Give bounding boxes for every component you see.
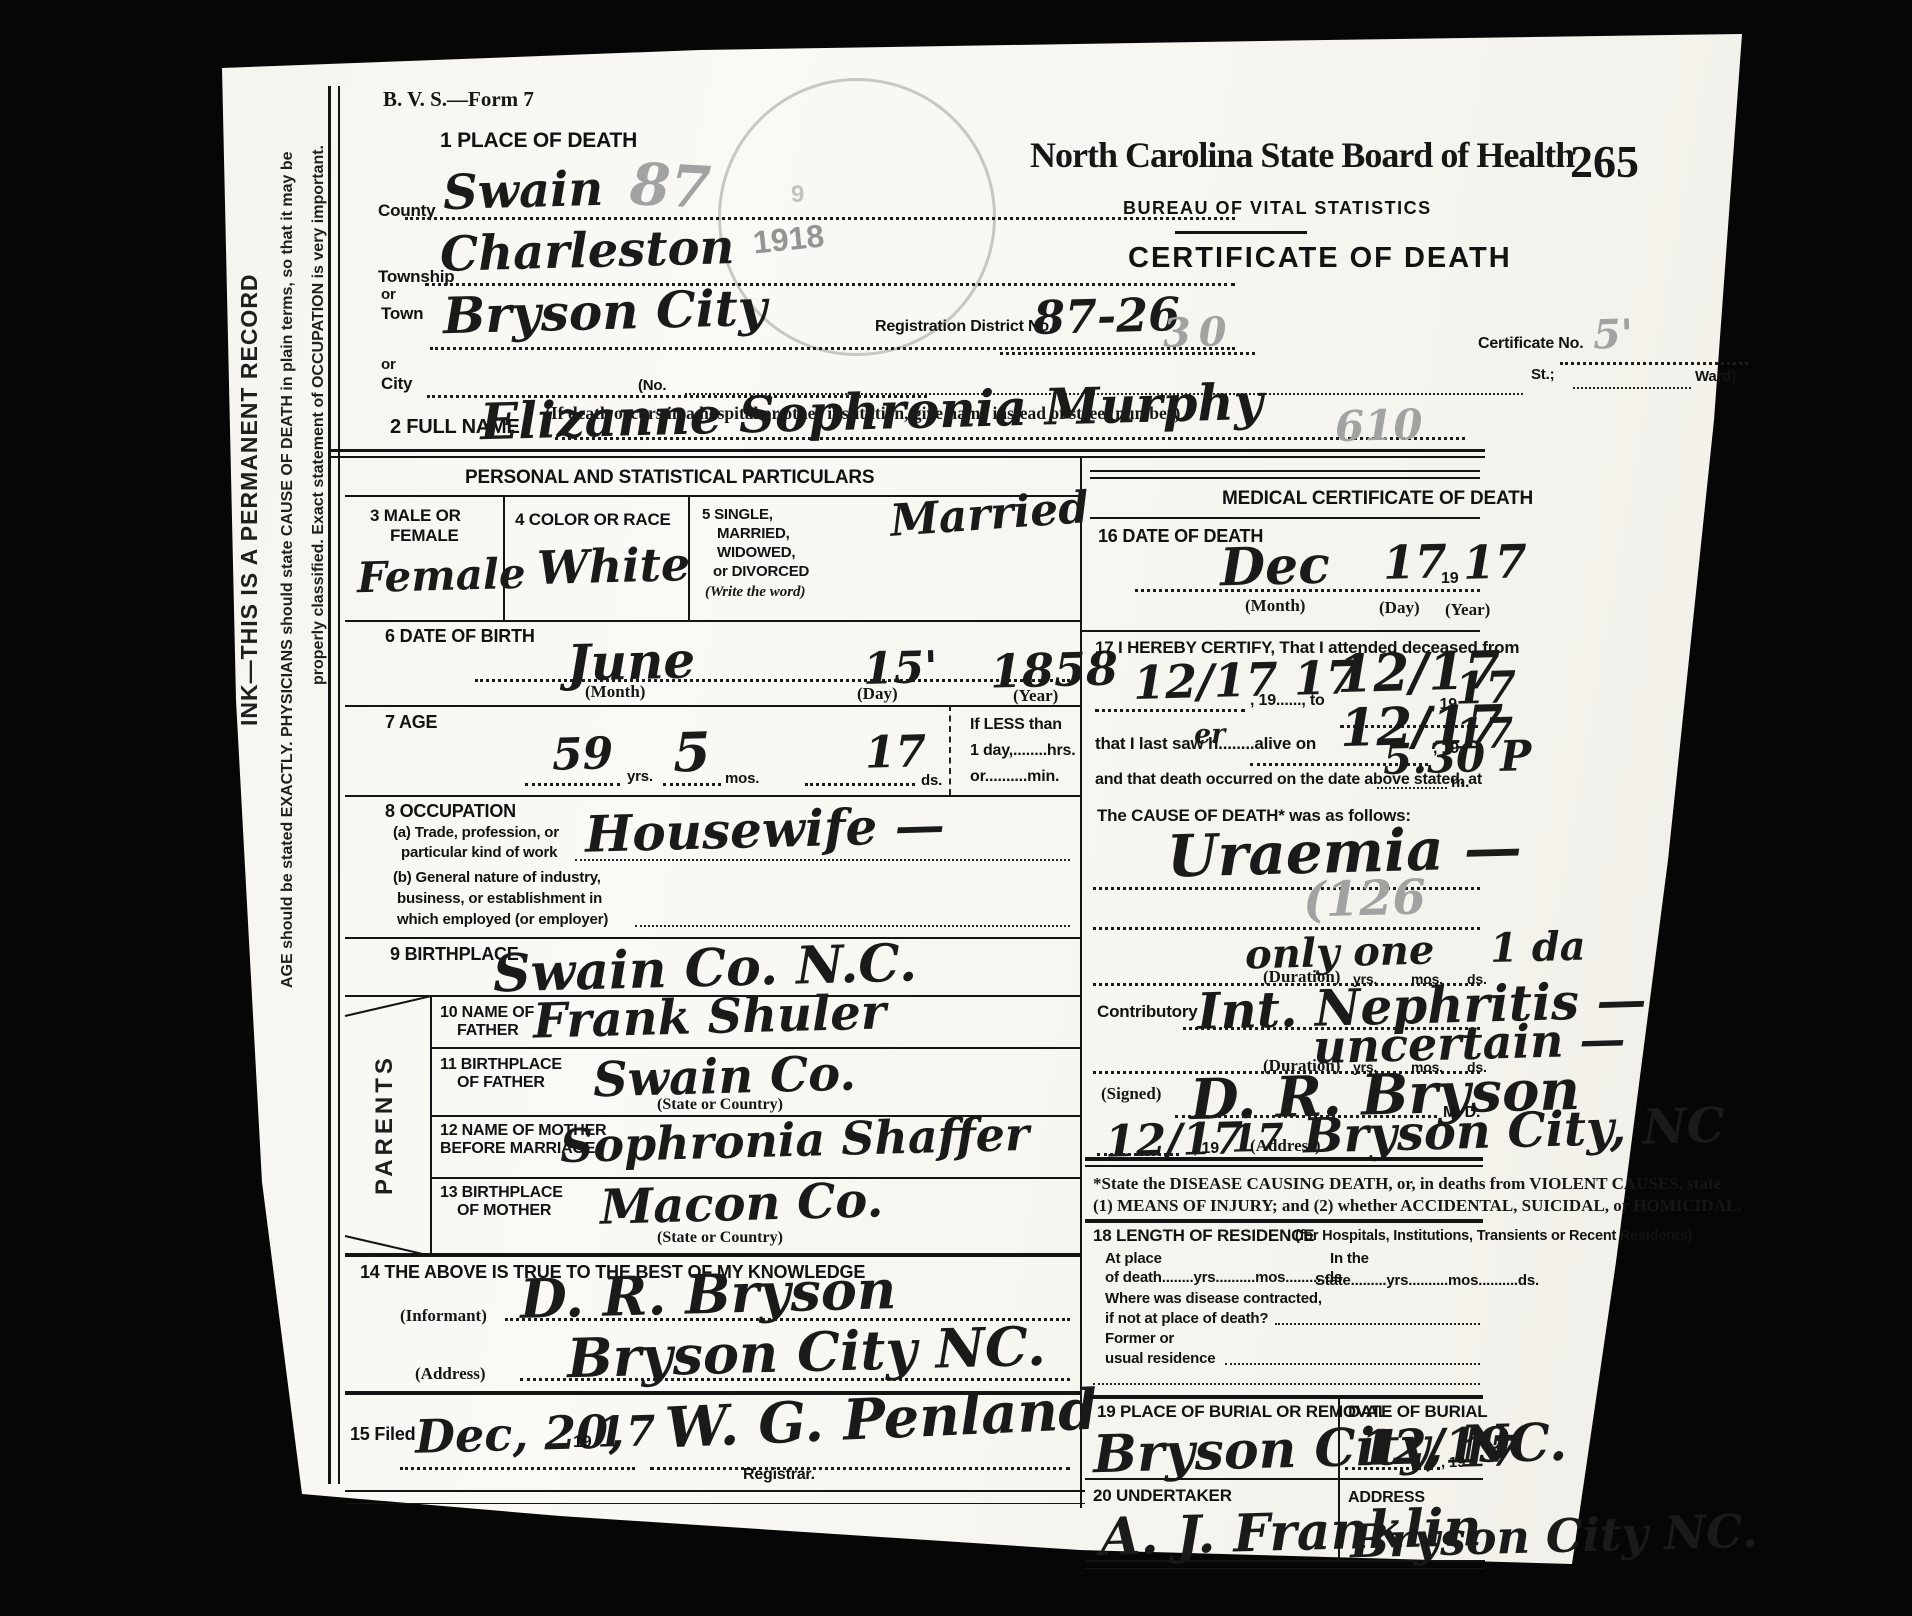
- dotted-line: [1345, 1467, 1440, 1470]
- death-month-value: Dec: [1219, 540, 1330, 595]
- full-name-pencil: 610: [1334, 404, 1423, 448]
- or-city-or: or: [381, 357, 396, 372]
- occupation-a1: (a) Trade, profession, or: [393, 825, 559, 840]
- county-value: Swain: [442, 165, 603, 217]
- dotted-line: [1377, 787, 1447, 789]
- if-less-label-2: 1 day,........hrs.: [970, 743, 1075, 759]
- rule: [1090, 470, 1480, 472]
- column-divider: [1080, 456, 1082, 1508]
- contributory-label: Contributory: [1097, 1003, 1198, 1020]
- rule: [345, 795, 1080, 797]
- father-birthplace-label-1: 11 BIRTHPLACE: [440, 1057, 562, 1073]
- father-name-label-1: 10 NAME OF: [440, 1005, 534, 1021]
- personal-section-title: PERSONAL AND STATISTICAL PARTICULARS: [465, 468, 874, 487]
- occupation-b1: (b) General nature of industry,: [393, 870, 601, 885]
- margin-note-permanent-record: INK—THIS IS A PERMANENT RECORD: [238, 140, 261, 860]
- dotted-line: [1560, 362, 1748, 365]
- rule: [330, 449, 1485, 452]
- if-less-label-3: or..........min.: [970, 769, 1059, 785]
- if-less-label-1: If LESS than: [970, 717, 1062, 733]
- undertaker-label: 20 UNDERTAKER: [1093, 1487, 1232, 1504]
- registration-district-pencil: 30: [1162, 312, 1235, 354]
- dotted-line: [650, 1467, 1070, 1470]
- dotted-line: [525, 783, 620, 786]
- father-name-label-2: FATHER: [457, 1023, 519, 1039]
- diagonal-line: [345, 995, 431, 1017]
- death-time-m-label: m.: [1451, 775, 1469, 791]
- last-saw-inserted: er: [1194, 721, 1226, 749]
- footnote-line-1: *State the DISEASE CAUSING DEATH, or, in…: [1093, 1175, 1721, 1192]
- rule: [345, 705, 1080, 707]
- burial-year-value: 17: [1459, 1430, 1519, 1474]
- informant-value: D. R. Bryson: [519, 1262, 896, 1326]
- rule: [1085, 1568, 1485, 1569]
- death-certificate-scan: INK—THIS IS A PERMANENT RECORD AGE shoul…: [0, 0, 1912, 1616]
- occupation-b2: business, or establishment in: [397, 891, 602, 906]
- undertaker-address-value: Bryson City NC.: [1349, 1508, 1758, 1565]
- marital-hint: (Write the word): [705, 585, 806, 600]
- medical-section-title: MEDICAL CERTIFICATE OF DEATH: [1222, 489, 1533, 508]
- certificate-no-label: Certificate No.: [1478, 336, 1583, 352]
- rule: [1085, 1157, 1483, 1161]
- rule: [1090, 477, 1480, 479]
- or-town-or: or: [381, 287, 396, 302]
- death-year-hint: (Year): [1445, 601, 1490, 618]
- marital-label-2: MARRIED,: [717, 526, 790, 541]
- form-number: B. V. S.—Form 7: [383, 89, 534, 110]
- father-birthplace-hint: (State or Country): [657, 1097, 783, 1113]
- rule: [330, 456, 1485, 458]
- rule: [1085, 1219, 1483, 1223]
- marital-label-1: 5 SINGLE,: [702, 507, 773, 522]
- birth-month-hint: (Month): [585, 683, 645, 700]
- rule: [1085, 1478, 1483, 1480]
- dotted-line: [1097, 1153, 1179, 1156]
- rule: [1085, 1165, 1483, 1167]
- cell-divider: [1338, 1478, 1340, 1560]
- death-year-printed: 19: [1441, 571, 1458, 587]
- certificate-serial-number: 265: [1570, 139, 1639, 185]
- rule: [1090, 517, 1480, 519]
- age-years-unit: yrs.: [627, 769, 653, 784]
- certificate-no-value: 5': [1592, 314, 1633, 355]
- margin-note-physicians: AGE should be stated EXACTLY. PHYSICIANS…: [280, 95, 296, 1045]
- dotted-line: [635, 925, 1070, 927]
- occupation-a2: particular kind of work: [401, 845, 557, 860]
- filed-year-value: 17: [596, 1410, 656, 1454]
- rule: [1080, 630, 1480, 632]
- parents-side-label: PARENTS: [373, 1050, 397, 1200]
- filed-date-value: Dec, 20,: [414, 1408, 624, 1459]
- informant-hint: (Informant): [400, 1307, 487, 1324]
- dotted-line: [805, 783, 915, 786]
- rule: [345, 1490, 1085, 1492]
- residence-label-2: (for Hospitals, Institutions, Transients…: [1295, 1229, 1692, 1244]
- father-name-value: Frank Shuler: [532, 988, 886, 1045]
- marital-label-3: WIDOWED,: [717, 545, 795, 560]
- birth-month-value: June: [566, 635, 695, 688]
- margin-note-occupation: properly classified. Exact statement of …: [311, 95, 327, 735]
- occupation-b3: which employed (or employer): [397, 912, 608, 927]
- death-year-value: 17: [1462, 538, 1527, 586]
- certify-mid-label: , 19......, to: [1250, 693, 1325, 709]
- age-days-value: 17: [864, 730, 926, 776]
- date-of-birth-label: 6 DATE OF BIRTH: [385, 627, 535, 645]
- race-value: White: [536, 541, 690, 591]
- dotted-line: [1225, 1363, 1480, 1365]
- town-label: Town: [381, 305, 423, 322]
- parents-divider: [430, 995, 432, 1253]
- dotted-line: [1095, 709, 1245, 712]
- age-label: 7 AGE: [385, 713, 437, 731]
- marital-value: Married: [889, 486, 1091, 544]
- place-of-death-title: 1 PLACE OF DEATH: [440, 130, 637, 151]
- mother-birthplace-label-2: OF MOTHER: [457, 1203, 551, 1219]
- residence-label: 18 LENGTH OF RESIDENCE: [1093, 1227, 1314, 1244]
- birth-day-hint: (Day): [857, 685, 898, 702]
- dashed-divider: [949, 705, 951, 795]
- residence-where-2: if not at place of death?: [1105, 1311, 1268, 1326]
- mother-birthplace-label-1: 13 BIRTHPLACE: [440, 1185, 563, 1201]
- dotted-line: [1093, 1383, 1480, 1385]
- footnote-line-2: (1) MEANS OF INJURY; and (2) whether ACC…: [1093, 1197, 1741, 1214]
- residence-former-2: usual residence: [1105, 1351, 1215, 1366]
- sex-label-2: FEMALE: [390, 527, 459, 544]
- cause-pencil-mark: (126: [1302, 873, 1426, 924]
- father-birthplace-label-2: OF FATHER: [457, 1075, 545, 1091]
- rule: [1085, 1395, 1483, 1399]
- filed-year-printed: 19: [573, 1433, 592, 1450]
- dotted-line: [400, 1467, 635, 1470]
- informant-address-hint: (Address): [415, 1365, 486, 1382]
- age-months-value: 5: [672, 725, 711, 780]
- mother-birthplace-value: Macon Co.: [599, 1176, 883, 1231]
- st-label: St.;: [1531, 367, 1554, 382]
- registration-district-label: Registration District No.: [875, 319, 1053, 335]
- mother-birthplace-hint: (State or Country): [657, 1230, 783, 1246]
- residence-where-1: Where was disease contracted,: [1105, 1291, 1322, 1306]
- residence-at-place-1: At place: [1105, 1251, 1162, 1266]
- rule: [1175, 231, 1307, 234]
- age-years-value: 59: [551, 732, 613, 778]
- board-title: North Carolina State Board of Health: [1030, 137, 1574, 173]
- signed-address-value: Bryson City, NC: [1302, 1101, 1725, 1160]
- dotted-line: [1573, 387, 1691, 389]
- race-label: 4 COLOR OR RACE: [515, 511, 671, 528]
- occupation-label: 8 OCCUPATION: [385, 802, 516, 820]
- signed-year-printed: , 19: [1193, 1141, 1219, 1157]
- ward-label: Ward): [1695, 369, 1736, 384]
- dotted-line: [1275, 1323, 1480, 1325]
- township-value: Charleston: [439, 223, 735, 279]
- rule: [1085, 1560, 1485, 1562]
- residence-at-place-2: of death........yrs..........mos........…: [1105, 1270, 1346, 1285]
- occupation-value: Housewife —: [584, 800, 945, 859]
- residence-former-1: Former or: [1105, 1331, 1174, 1346]
- rule: [345, 1503, 1085, 1504]
- rule: [345, 1253, 1080, 1257]
- city-label: City: [381, 375, 412, 392]
- mother-name-value: Sophronia Shaffer: [559, 1111, 1029, 1169]
- dotted-line: [430, 347, 1235, 350]
- bureau-subtitle: BUREAU OF VITAL STATISTICS: [1123, 199, 1432, 217]
- residence-in-state-2: State.........yrs..........mos..........…: [1315, 1273, 1539, 1288]
- registrar-label: Registrar.: [743, 1467, 815, 1483]
- registrar-signature: W. G. Penland: [664, 1382, 1098, 1457]
- form-left-border: [328, 86, 340, 1484]
- residence-in-state-1: In the: [1330, 1251, 1369, 1266]
- certificate-form: B. V. S.—Form 7 1 PLACE OF DEATH County …: [345, 75, 1775, 1585]
- dotted-line: [663, 783, 721, 786]
- registration-district-value: 87-26: [1032, 291, 1180, 341]
- birth-year-hint: (Year): [1013, 687, 1058, 704]
- sex-label-1: 3 MALE OR: [370, 507, 461, 524]
- age-days-unit: ds.: [921, 773, 942, 788]
- undertaker-address-label: ADDRESS: [1348, 1490, 1425, 1506]
- rule: [345, 620, 1080, 622]
- sex-value: Female: [356, 553, 526, 599]
- death-day-hint: (Day): [1379, 599, 1420, 616]
- county-pencil-number: 87: [629, 155, 713, 217]
- town-value: Bryson City: [442, 283, 767, 341]
- death-month-hint: (Month): [1245, 597, 1305, 614]
- signed-hint: (Signed): [1101, 1085, 1161, 1102]
- informant-address-value: Bryson City NC.: [566, 1319, 1046, 1386]
- age-months-unit: mos.: [725, 771, 759, 786]
- marital-label-4: or DIVORCED: [713, 564, 809, 579]
- death-day-value: 17: [1382, 538, 1447, 586]
- dotted-line: [475, 679, 1070, 682]
- certificate-title: CERTIFICATE OF DEATH: [1128, 244, 1512, 273]
- filed-label: 15 Filed: [350, 1425, 415, 1443]
